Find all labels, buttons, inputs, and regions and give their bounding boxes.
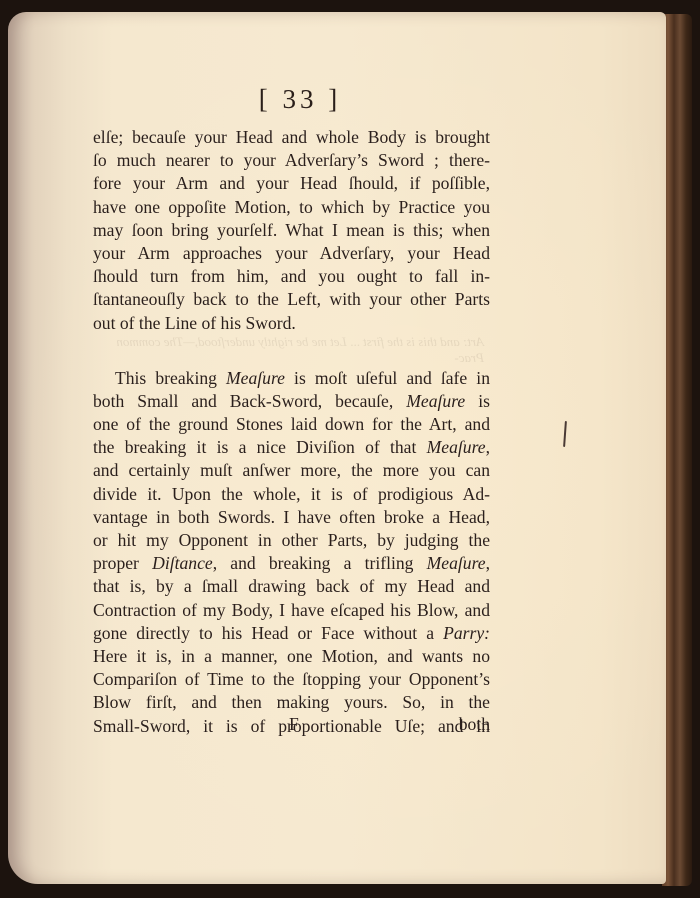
text-line: out of the Line of his Sword. bbox=[93, 312, 490, 335]
text-line: that is, by a ſmall drawing back of my H… bbox=[93, 575, 490, 598]
body-text: elſe; becauſe your Head and whole Body i… bbox=[93, 126, 490, 738]
text-line: vantage in both Swords. I have often bro… bbox=[93, 506, 490, 529]
text-line: the breaking it is a nice Diviſion of th… bbox=[93, 436, 490, 459]
text-segment: This breaking bbox=[115, 368, 226, 388]
text-line: Compariſon of Time to the ſtopping your … bbox=[93, 668, 490, 691]
text-segment: Here it is, in a manner, one Motion, and… bbox=[93, 646, 490, 666]
text-segment: that is, by a ſmall drawing back of my H… bbox=[93, 576, 490, 596]
text-segment: , bbox=[486, 553, 490, 573]
italic-term: Meaſure bbox=[427, 437, 486, 457]
text-segment: Compariſon of Time to the ſtopping your … bbox=[93, 669, 490, 689]
text-segment: is moſt uſeful and ſafe in bbox=[285, 368, 490, 388]
paragraph: elſe; becauſe your Head and whole Body i… bbox=[93, 126, 490, 335]
paragraph: This breaking Meaſure is moſt uſeful and… bbox=[93, 367, 490, 738]
text-line: and certainly muſt anſwer more, the more… bbox=[93, 459, 490, 482]
footer-line: F both bbox=[93, 714, 490, 737]
paragraph-gap bbox=[93, 335, 490, 367]
text-line: This breaking Meaſure is moſt uſeful and… bbox=[93, 367, 490, 390]
text-segment: ſtantaneouſly back to the Left, with you… bbox=[93, 289, 490, 309]
text-line: ſhould turn from him, and you ought to f… bbox=[93, 265, 490, 288]
text-segment: vantage in both Swords. I have often bro… bbox=[93, 507, 490, 527]
text-segment: Blow firſt, and then making yours. So, i… bbox=[93, 692, 490, 712]
text-line: Blow firſt, and then making yours. So, i… bbox=[93, 691, 490, 714]
text-segment: Contraction of my Body, I have eſcaped h… bbox=[93, 600, 490, 620]
text-segment: ſo much nearer to your Adverſary’s Sword… bbox=[93, 150, 490, 170]
italic-term: Meaſure bbox=[226, 368, 285, 388]
text-segment: is bbox=[465, 391, 490, 411]
text-segment: one of the ground Stones laid down for t… bbox=[93, 414, 490, 434]
text-segment: may ſoon bring yourſelf. What I mean is … bbox=[93, 220, 490, 240]
text-segment: or hit my Opponent in other Parts, by ju… bbox=[93, 530, 490, 550]
text-segment: gone directly to his Head or Face withou… bbox=[93, 623, 443, 643]
text-line: divide it. Upon the whole, it is of prod… bbox=[93, 483, 490, 506]
text-segment: , and breaking a trifling bbox=[213, 553, 427, 573]
text-line: have one oppoſite Motion, to which by Pr… bbox=[93, 196, 490, 219]
italic-term: Meaſure bbox=[406, 391, 465, 411]
italic-term: Parry: bbox=[443, 623, 490, 643]
text-segment: ſhould turn from him, and you ought to f… bbox=[93, 266, 490, 286]
text-line: Here it is, in a manner, one Motion, and… bbox=[93, 645, 490, 668]
text-segment: proper bbox=[93, 553, 152, 573]
text-segment: your Arm approaches your Adverſary, your… bbox=[93, 243, 490, 263]
text-line: or hit my Opponent in other Parts, by ju… bbox=[93, 529, 490, 552]
italic-term: Diſtance bbox=[152, 553, 213, 573]
text-line: elſe; becauſe your Head and whole Body i… bbox=[93, 126, 490, 149]
text-line: fore your Arm and your Head ſhould, if p… bbox=[93, 172, 490, 195]
page-edges bbox=[662, 14, 692, 886]
signature-mark: F bbox=[289, 714, 299, 735]
text-line: both Small and Back-Sword, becauſe, Meaſ… bbox=[93, 390, 490, 413]
scanned-book-page: Art: and this is the first ... Let me be… bbox=[0, 0, 700, 898]
text-segment: fore your Arm and your Head ſhould, if p… bbox=[93, 173, 490, 193]
text-segment: and certainly muſt anſwer more, the more… bbox=[93, 460, 490, 480]
text-segment: have one oppoſite Motion, to which by Pr… bbox=[93, 197, 490, 217]
text-segment: both Small and Back-Sword, becauſe, bbox=[93, 391, 406, 411]
text-segment: the breaking it is a nice Diviſion of th… bbox=[93, 437, 427, 457]
page-number: [ 33 ] bbox=[250, 84, 350, 115]
text-line: may ſoon bring yourſelf. What I mean is … bbox=[93, 219, 490, 242]
text-line: gone directly to his Head or Face withou… bbox=[93, 622, 490, 645]
text-segment: divide it. Upon the whole, it is of prod… bbox=[93, 484, 490, 504]
italic-term: Meaſure bbox=[427, 553, 486, 573]
text-line: Contraction of my Body, I have eſcaped h… bbox=[93, 599, 490, 622]
text-segment: , bbox=[486, 437, 490, 457]
text-line: proper Diſtance, and breaking a trifling… bbox=[93, 552, 490, 575]
text-line: ſtantaneouſly back to the Left, with you… bbox=[93, 288, 490, 311]
text-line: one of the ground Stones laid down for t… bbox=[93, 413, 490, 436]
text-line: your Arm approaches your Adverſary, your… bbox=[93, 242, 490, 265]
text-segment: elſe; becauſe your Head and whole Body i… bbox=[93, 127, 490, 147]
text-line: ſo much nearer to your Adverſary’s Sword… bbox=[93, 149, 490, 172]
catchword: both bbox=[459, 714, 490, 735]
text-segment: out of the Line of his Sword. bbox=[93, 313, 296, 333]
